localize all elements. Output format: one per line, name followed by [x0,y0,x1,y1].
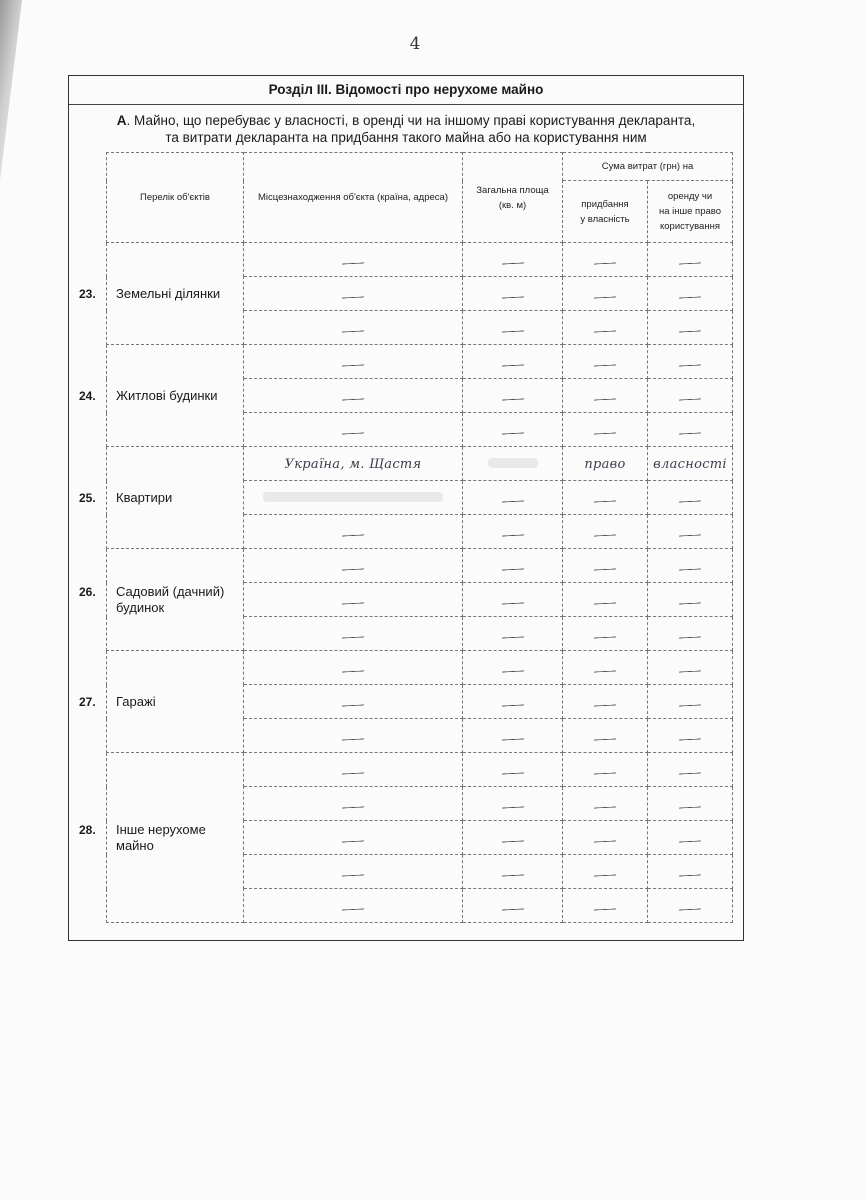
purchase-cost-cell [563,413,648,447]
dash-mark [342,670,364,672]
header-location: Місцезнаходження об'єкта (країна, адреса… [244,153,463,243]
table-row: 23.Земельні ділянки [107,243,733,277]
object-type-cell: 25.Квартири [107,447,244,549]
dash-mark [679,568,701,570]
table-row: 25.КвартириУкраїна, м. Щастяправовласнос… [107,447,733,481]
dash-mark [679,670,701,672]
object-type-label: Квартири [116,490,172,505]
header-objects: Перелік об'єктів [107,153,244,243]
area-cell [463,379,563,413]
purchase-cost-cell [563,243,648,277]
object-type-label: Земельні ділянки [116,286,220,301]
dash-mark [342,602,364,604]
section-title: Розділ III. Відомості про нерухоме майно [69,76,743,105]
section-box: Розділ III. Відомості про нерухоме майно… [68,75,744,941]
header-rent: оренду чи на інше право користування [648,181,733,243]
handwritten-entry: власності [653,457,727,472]
rent-cost-cell [648,481,733,515]
dash-mark [594,704,616,706]
location-cell [244,685,463,719]
dash-mark [594,636,616,638]
dash-mark [594,670,616,672]
rent-cost-cell [648,243,733,277]
rent-cost-cell [648,515,733,549]
location-cell [244,787,463,821]
area-cell [463,277,563,311]
rent-cost-cell [648,719,733,753]
dash-mark [594,296,616,298]
object-type-label: Гаражі [116,694,156,709]
area-cell [463,583,563,617]
location-cell [244,855,463,889]
rent-cost-cell [648,413,733,447]
purchase-cost-cell [563,753,648,787]
dash-mark [342,262,364,264]
subtitle-letter: А [117,113,127,128]
dash-mark [501,670,523,672]
dash-mark [501,296,523,298]
dash-mark [594,738,616,740]
section-subtitle: А. Майно, що перебуває у власності, в ор… [69,112,743,146]
purchase-cost-cell [563,685,648,719]
dash-mark [342,364,364,366]
dash-mark [594,330,616,332]
table-row: 24.Житлові будинки [107,345,733,379]
area-cell [463,855,563,889]
row-number: 25. [79,490,103,506]
purchase-cost-cell [563,481,648,515]
dash-mark [679,330,701,332]
dash-mark [501,874,523,876]
dash-mark [679,364,701,366]
area-cell [463,345,563,379]
purchase-cost-cell [563,617,648,651]
area-cell [463,413,563,447]
area-cell [463,311,563,345]
object-type-label: Житлові будинки [116,388,218,403]
rent-cost-cell [648,277,733,311]
dash-mark [342,806,364,808]
header-area-line1: Загальна площа [463,183,562,198]
location-cell [244,617,463,651]
location-cell [244,413,463,447]
dash-mark [342,398,364,400]
dash-mark [501,738,523,740]
purchase-cost-cell [563,583,648,617]
location-cell [244,311,463,345]
dash-mark [679,500,701,502]
rent-cost-cell [648,821,733,855]
rent-cost-cell [648,311,733,345]
object-type-cell: 24.Житлові будинки [107,345,244,447]
header-rent-line1: оренду чи [648,189,732,204]
location-cell [244,345,463,379]
purchase-cost-cell [563,855,648,889]
area-cell [463,685,563,719]
dash-mark [342,908,364,910]
dash-mark [594,840,616,842]
dash-mark [679,432,701,434]
subtitle-line-2: та витрати декларанта на придбання таког… [69,129,743,146]
area-cell [463,549,563,583]
location-cell [244,821,463,855]
row-number: 23. [79,286,103,302]
area-cell [463,243,563,277]
dash-mark [594,806,616,808]
area-cell [463,447,563,481]
dash-mark [342,534,364,536]
dash-mark [501,500,523,502]
location-cell [244,277,463,311]
dash-mark [501,262,523,264]
area-cell [463,515,563,549]
dash-mark [342,772,364,774]
dash-mark [342,568,364,570]
handwritten-entry: Україна, м. Щастя [285,457,422,472]
dash-mark [501,432,523,434]
purchase-cost-cell [563,345,648,379]
purchase-cost-cell [563,787,648,821]
location-cell [244,753,463,787]
purchase-cost-cell: право [563,447,648,481]
dash-mark [679,806,701,808]
header-area-line2: (кв. м) [463,198,562,213]
rent-cost-cell [648,617,733,651]
area-cell [463,481,563,515]
rent-cost-cell [648,651,733,685]
location-cell [244,379,463,413]
real-estate-table: Перелік об'єктів Місцезнаходження об'єкт… [106,152,733,923]
header-purchase-line1: придбання [563,197,647,212]
area-cell [463,753,563,787]
table-row: 28.Інше нерухоме майно [107,753,733,787]
object-type-cell: 28.Інше нерухоме майно [107,753,244,923]
dash-mark [501,636,523,638]
dash-mark [501,364,523,366]
dash-mark [501,330,523,332]
faded-handwriting [263,492,443,502]
area-cell [463,617,563,651]
area-cell [463,889,563,923]
rent-cost-cell [648,549,733,583]
dash-mark [501,534,523,536]
purchase-cost-cell [563,515,648,549]
dash-mark [342,738,364,740]
dash-mark [501,908,523,910]
header-rent-line3: користування [648,219,732,234]
dash-mark [679,908,701,910]
dash-mark [594,364,616,366]
dash-mark [501,840,523,842]
area-cell [463,651,563,685]
purchase-cost-cell [563,549,648,583]
location-cell [244,481,463,515]
purchase-cost-cell [563,277,648,311]
dash-mark [679,840,701,842]
table-row: 26.Садовий (дачний) будинок [107,549,733,583]
dash-mark [594,602,616,604]
table-row: 27.Гаражі [107,651,733,685]
dash-mark [501,704,523,706]
dash-mark [501,398,523,400]
location-cell [244,243,463,277]
dash-mark [501,602,523,604]
handwritten-entry: право [584,457,625,472]
rent-cost-cell [648,379,733,413]
dash-mark [594,500,616,502]
area-cell [463,821,563,855]
row-number: 24. [79,388,103,404]
row-number: 28. [79,822,103,838]
rent-cost-cell [648,583,733,617]
dash-mark [679,636,701,638]
rent-cost-cell [648,685,733,719]
dash-mark [501,568,523,570]
dash-mark [342,636,364,638]
header-area: Загальна площа (кв. м) [463,153,563,243]
purchase-cost-cell [563,889,648,923]
rent-cost-cell [648,787,733,821]
subtitle-line-1: . Майно, що перебуває у власності, в оре… [127,113,696,128]
purchase-cost-cell [563,311,648,345]
rent-cost-cell [648,345,733,379]
area-cell [463,787,563,821]
dash-mark [501,772,523,774]
dash-mark [679,738,701,740]
dash-mark [342,330,364,332]
dash-mark [594,874,616,876]
dash-mark [679,262,701,264]
header-purchase-line2: у власність [563,212,647,227]
rent-cost-cell [648,855,733,889]
location-cell [244,549,463,583]
location-cell [244,583,463,617]
row-number: 27. [79,694,103,710]
dash-mark [594,398,616,400]
object-type-label: Садовий (дачний) будинок [116,584,224,615]
dash-mark [594,534,616,536]
faded-handwriting [488,458,538,468]
dash-mark [342,704,364,706]
dash-mark [342,840,364,842]
purchase-cost-cell [563,379,648,413]
dash-mark [342,874,364,876]
rent-cost-cell [648,889,733,923]
location-cell [244,515,463,549]
dash-mark [594,568,616,570]
object-type-cell: 23.Земельні ділянки [107,243,244,345]
header-expenses: Сума витрат (грн) на [563,153,733,181]
dash-mark [679,534,701,536]
page-number: 4 [0,34,830,54]
object-type-label: Інше нерухоме майно [116,822,206,853]
purchase-cost-cell [563,821,648,855]
object-type-cell: 27.Гаражі [107,651,244,753]
dash-mark [594,262,616,264]
dash-mark [342,432,364,434]
dash-mark [679,874,701,876]
dash-mark [679,772,701,774]
purchase-cost-cell [563,651,648,685]
dash-mark [679,296,701,298]
location-cell: Україна, м. Щастя [244,447,463,481]
dash-mark [594,772,616,774]
location-cell [244,651,463,685]
location-cell [244,889,463,923]
rent-cost-cell: власності [648,447,733,481]
area-cell [463,719,563,753]
header-rent-line2: на інше право [648,204,732,219]
dash-mark [679,602,701,604]
location-cell [244,719,463,753]
object-type-cell: 26.Садовий (дачний) будинок [107,549,244,651]
dash-mark [594,908,616,910]
table-body: 23.Земельні ділянки24.Житлові будинки25.… [107,243,733,923]
header-purchase: придбання у власність [563,181,648,243]
row-number: 26. [79,584,103,600]
rent-cost-cell [648,753,733,787]
scan-edge-shadow [0,0,22,180]
purchase-cost-cell [563,719,648,753]
dash-mark [594,432,616,434]
dash-mark [342,296,364,298]
dash-mark [679,704,701,706]
dash-mark [679,398,701,400]
dash-mark [501,806,523,808]
